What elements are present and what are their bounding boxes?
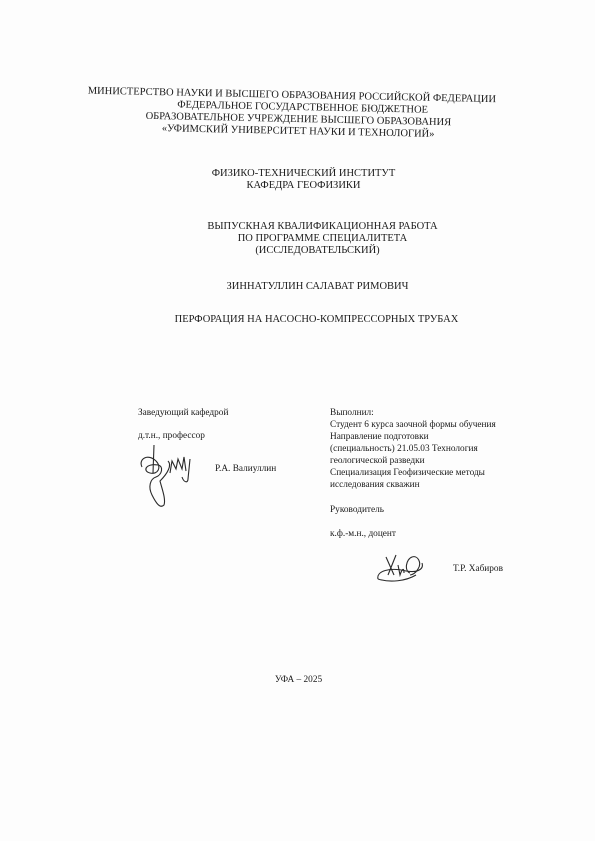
performed-line: геологической разведки xyxy=(330,455,496,467)
author-block: ЗИННАТУЛЛИН САЛАВАТ РИМОВИЧ xyxy=(0,281,595,293)
thesis-title: ПЕРФОРАЦИЯ НА НАСОСНО-КОМПРЕССОРНЫХ ТРУБ… xyxy=(38,314,595,326)
signature-icon xyxy=(138,443,198,511)
work-type-block: ВЫПУСКНАЯ КВАЛИФИКАЦИОННАЯ РАБОТА ПО ПРО… xyxy=(0,221,595,257)
work-type-line: ВЫПУСКНАЯ КВАЛИФИКАЦИОННАЯ РАБОТА xyxy=(50,221,595,233)
institute-block: ФИЗИКО-ТЕХНИЧЕСКИЙ ИНСТИТУТ КАФЕДРА ГЕОФ… xyxy=(0,168,595,192)
signature-icon xyxy=(376,553,426,585)
performed-details: Студент 6 курса заочной формы обучения Н… xyxy=(330,419,496,491)
performed-line: Направление подготовки xyxy=(330,431,496,443)
author-name: ЗИННАТУЛЛИН САЛАВАТ РИМОВИЧ xyxy=(40,281,595,293)
thesis-title-block: ПЕРФОРАЦИЯ НА НАСОСНО-КОМПРЕССОРНЫХ ТРУБ… xyxy=(0,314,595,326)
city-year: УФА – 2025 xyxy=(2,674,595,686)
department-name: КАФЕДРА ГЕОФИЗИКИ xyxy=(12,180,595,192)
head-degree: д.т.н., профессор xyxy=(138,430,205,442)
supervisor-name: Т.Р. Хабиров xyxy=(453,563,503,575)
head-name: Р.А. Валиуллин xyxy=(215,463,276,475)
footer-block: УФА – 2025 xyxy=(0,674,595,686)
performed-line: Специализация Геофизические методы xyxy=(330,467,496,479)
performed-line: (специальность) 21.05.03 Технология xyxy=(330,443,496,455)
head-role: Заведующий кафедрой xyxy=(138,407,228,419)
performed-line: Студент 6 курса заочной формы обучения xyxy=(330,419,496,431)
ministry-header: МИНИСТЕРСТВО НАУКИ И ВЫСШЕГО ОБРАЗОВАНИЯ… xyxy=(0,84,595,144)
performed-label: Выполнил: xyxy=(330,407,374,419)
supervisor-role: Руководитель xyxy=(330,504,384,516)
title-page: МИНИСТЕРСТВО НАУКИ И ВЫСШЕГО ОБРАЗОВАНИЯ… xyxy=(0,0,595,841)
performed-line: исследования скважин xyxy=(330,479,496,491)
work-type-line: ПО ПРОГРАММЕ СПЕЦИАЛИТЕТА xyxy=(50,233,595,245)
supervisor-degree: к.ф.-м.н., доцент xyxy=(330,528,396,540)
work-type-line: (ИССЛЕДОВАТЕЛЬСКИЙ) xyxy=(40,245,595,257)
institute-name: ФИЗИКО-ТЕХНИЧЕСКИЙ ИНСТИТУТ xyxy=(12,168,595,180)
